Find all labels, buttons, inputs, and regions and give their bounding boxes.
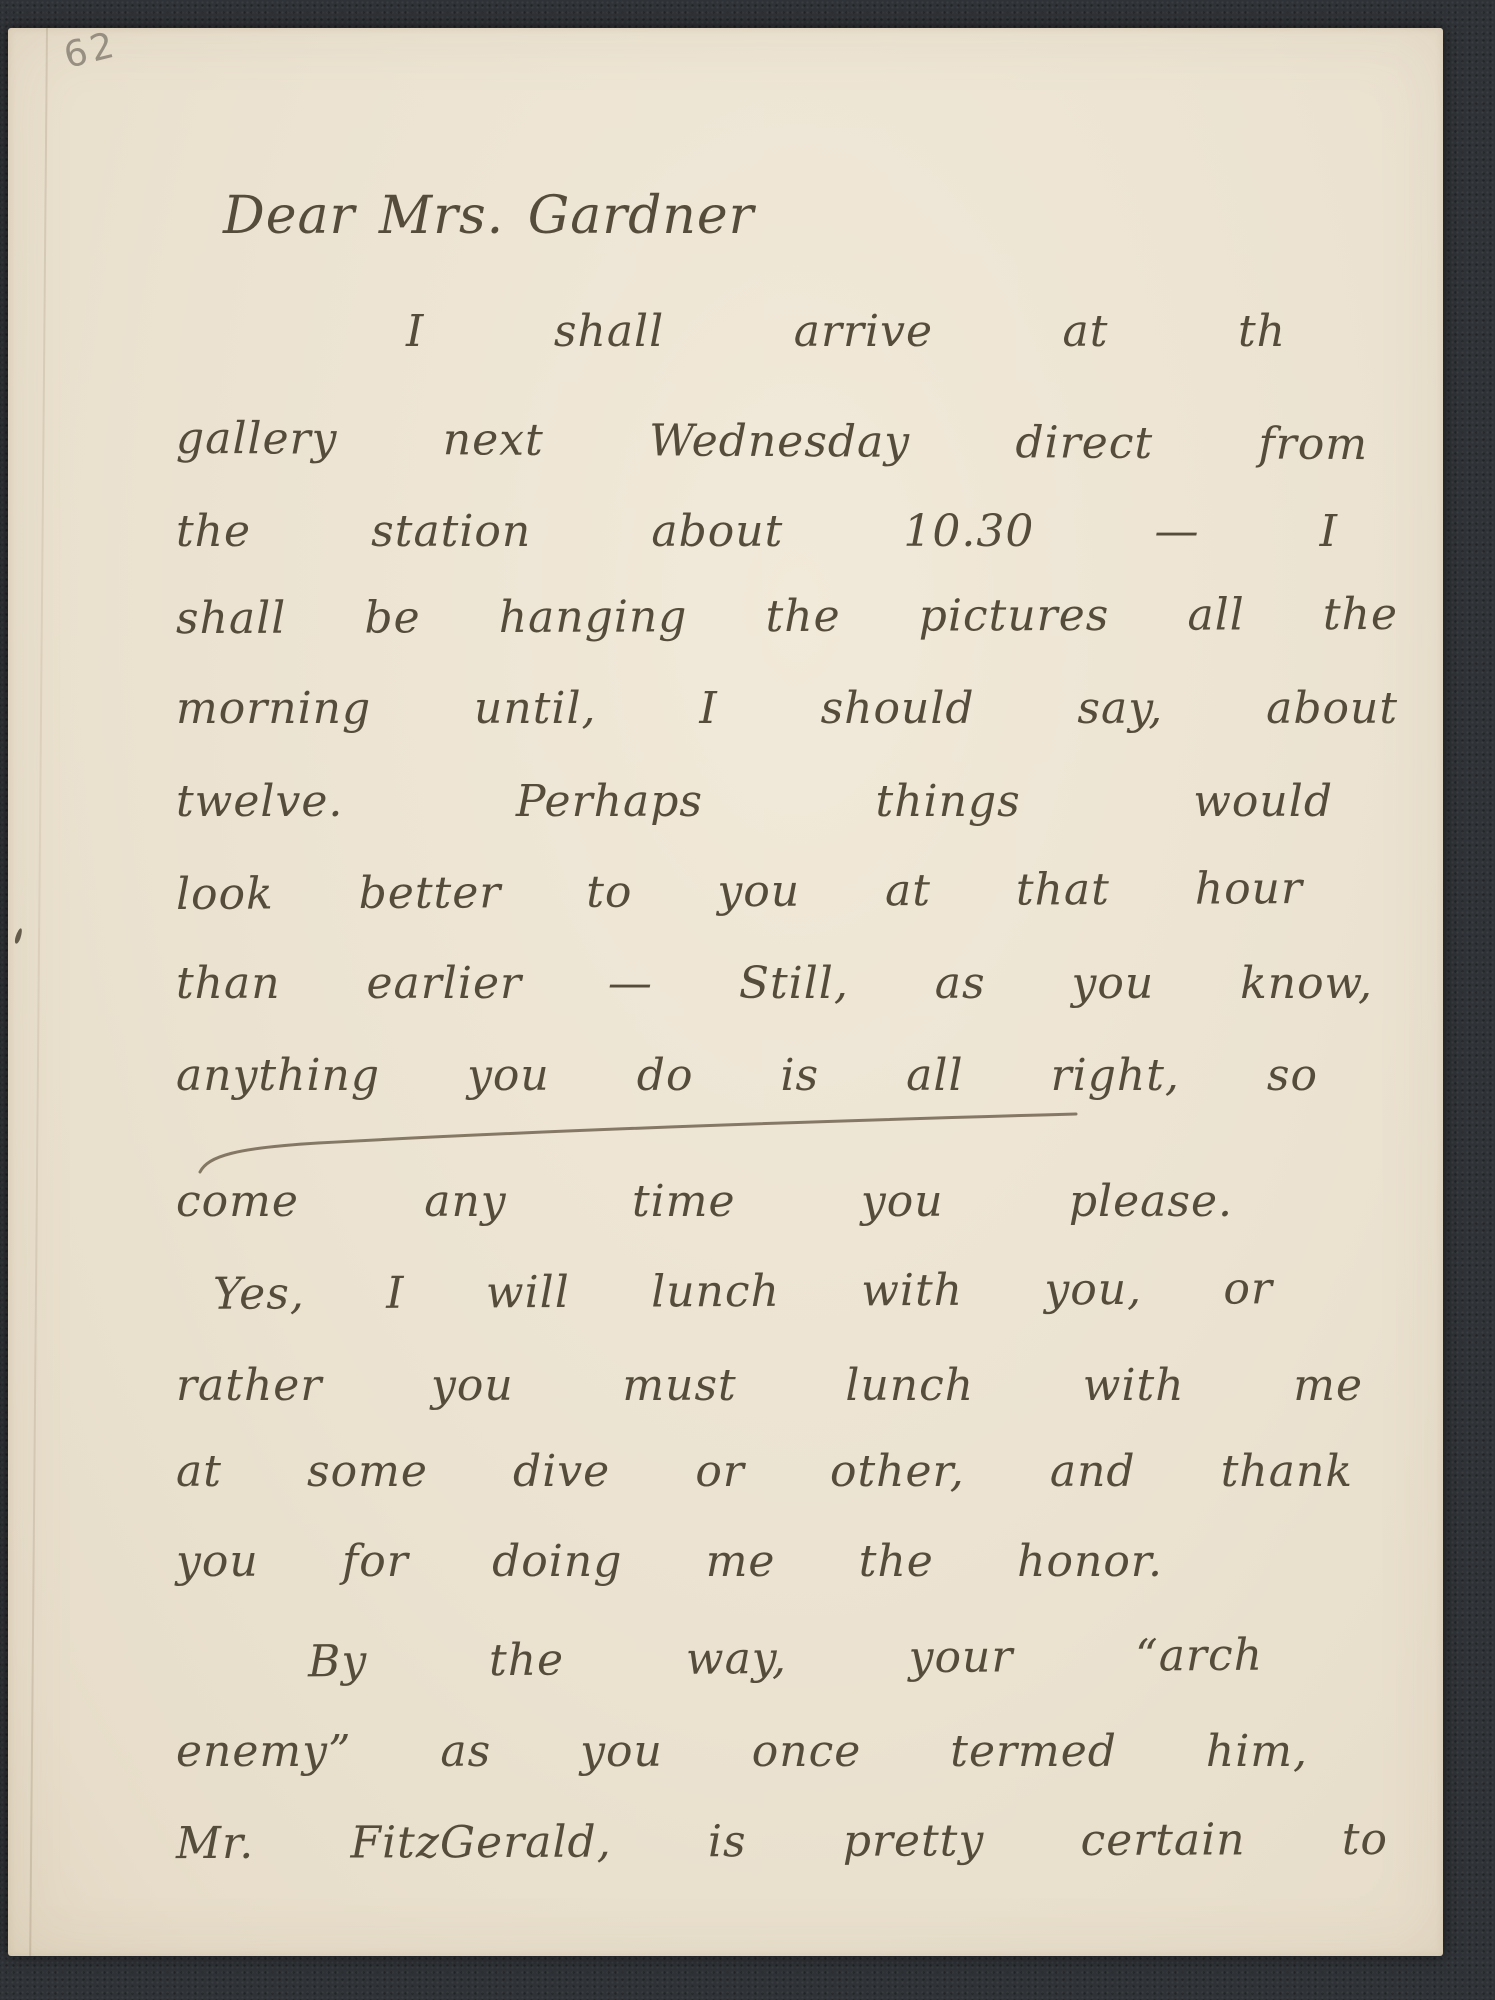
letter-line: come any time you please. [176,1176,1233,1228]
underlined-phrase: anything you do is all right [176,1050,1165,1101]
letter-line: Mr. FitzGerald, is pretty certain to [176,1814,1388,1870]
letter-line: look better to you at that hour [176,863,1303,921]
letter-line: enemy” as you once termed him, [176,1726,1308,1778]
salutation-line: Dear Mrs. Gardner [223,186,755,247]
letter-line: than earlier — Still, as you know, [176,958,1373,1010]
letter-line: I shall arrive at th [406,306,1286,358]
letter-line: morning until, I should say, about [176,683,1398,735]
letter-line: shall be hanging the pictures all the [176,589,1398,645]
letter-line: rather you must lunch with me [176,1360,1363,1412]
letter-line: By the way, your “arch [308,1630,1263,1689]
letter-line: anything you do is all right, so [176,1050,1318,1102]
stray-ink-mark [14,928,24,945]
letter-paper: 62 Dear Mrs. Gardner I shall arrive at t… [8,28,1443,1956]
letter-line: twelve. Perhaps things would [176,776,1333,828]
letter-line: at some dive or other, and thank [176,1446,1353,1498]
letter-line-tail: , so [1165,1050,1318,1101]
letter-line: Yes, I will lunch with you, or [213,1263,1273,1320]
fold-crease-line [29,28,48,1956]
letter-line: you for doing me the honor. [176,1536,1163,1588]
page-number-annotation: 62 [60,24,122,77]
letter-line: the station about 10.30 — I [176,506,1338,558]
letter-line: gallery next Wednesday direct from [176,413,1368,471]
